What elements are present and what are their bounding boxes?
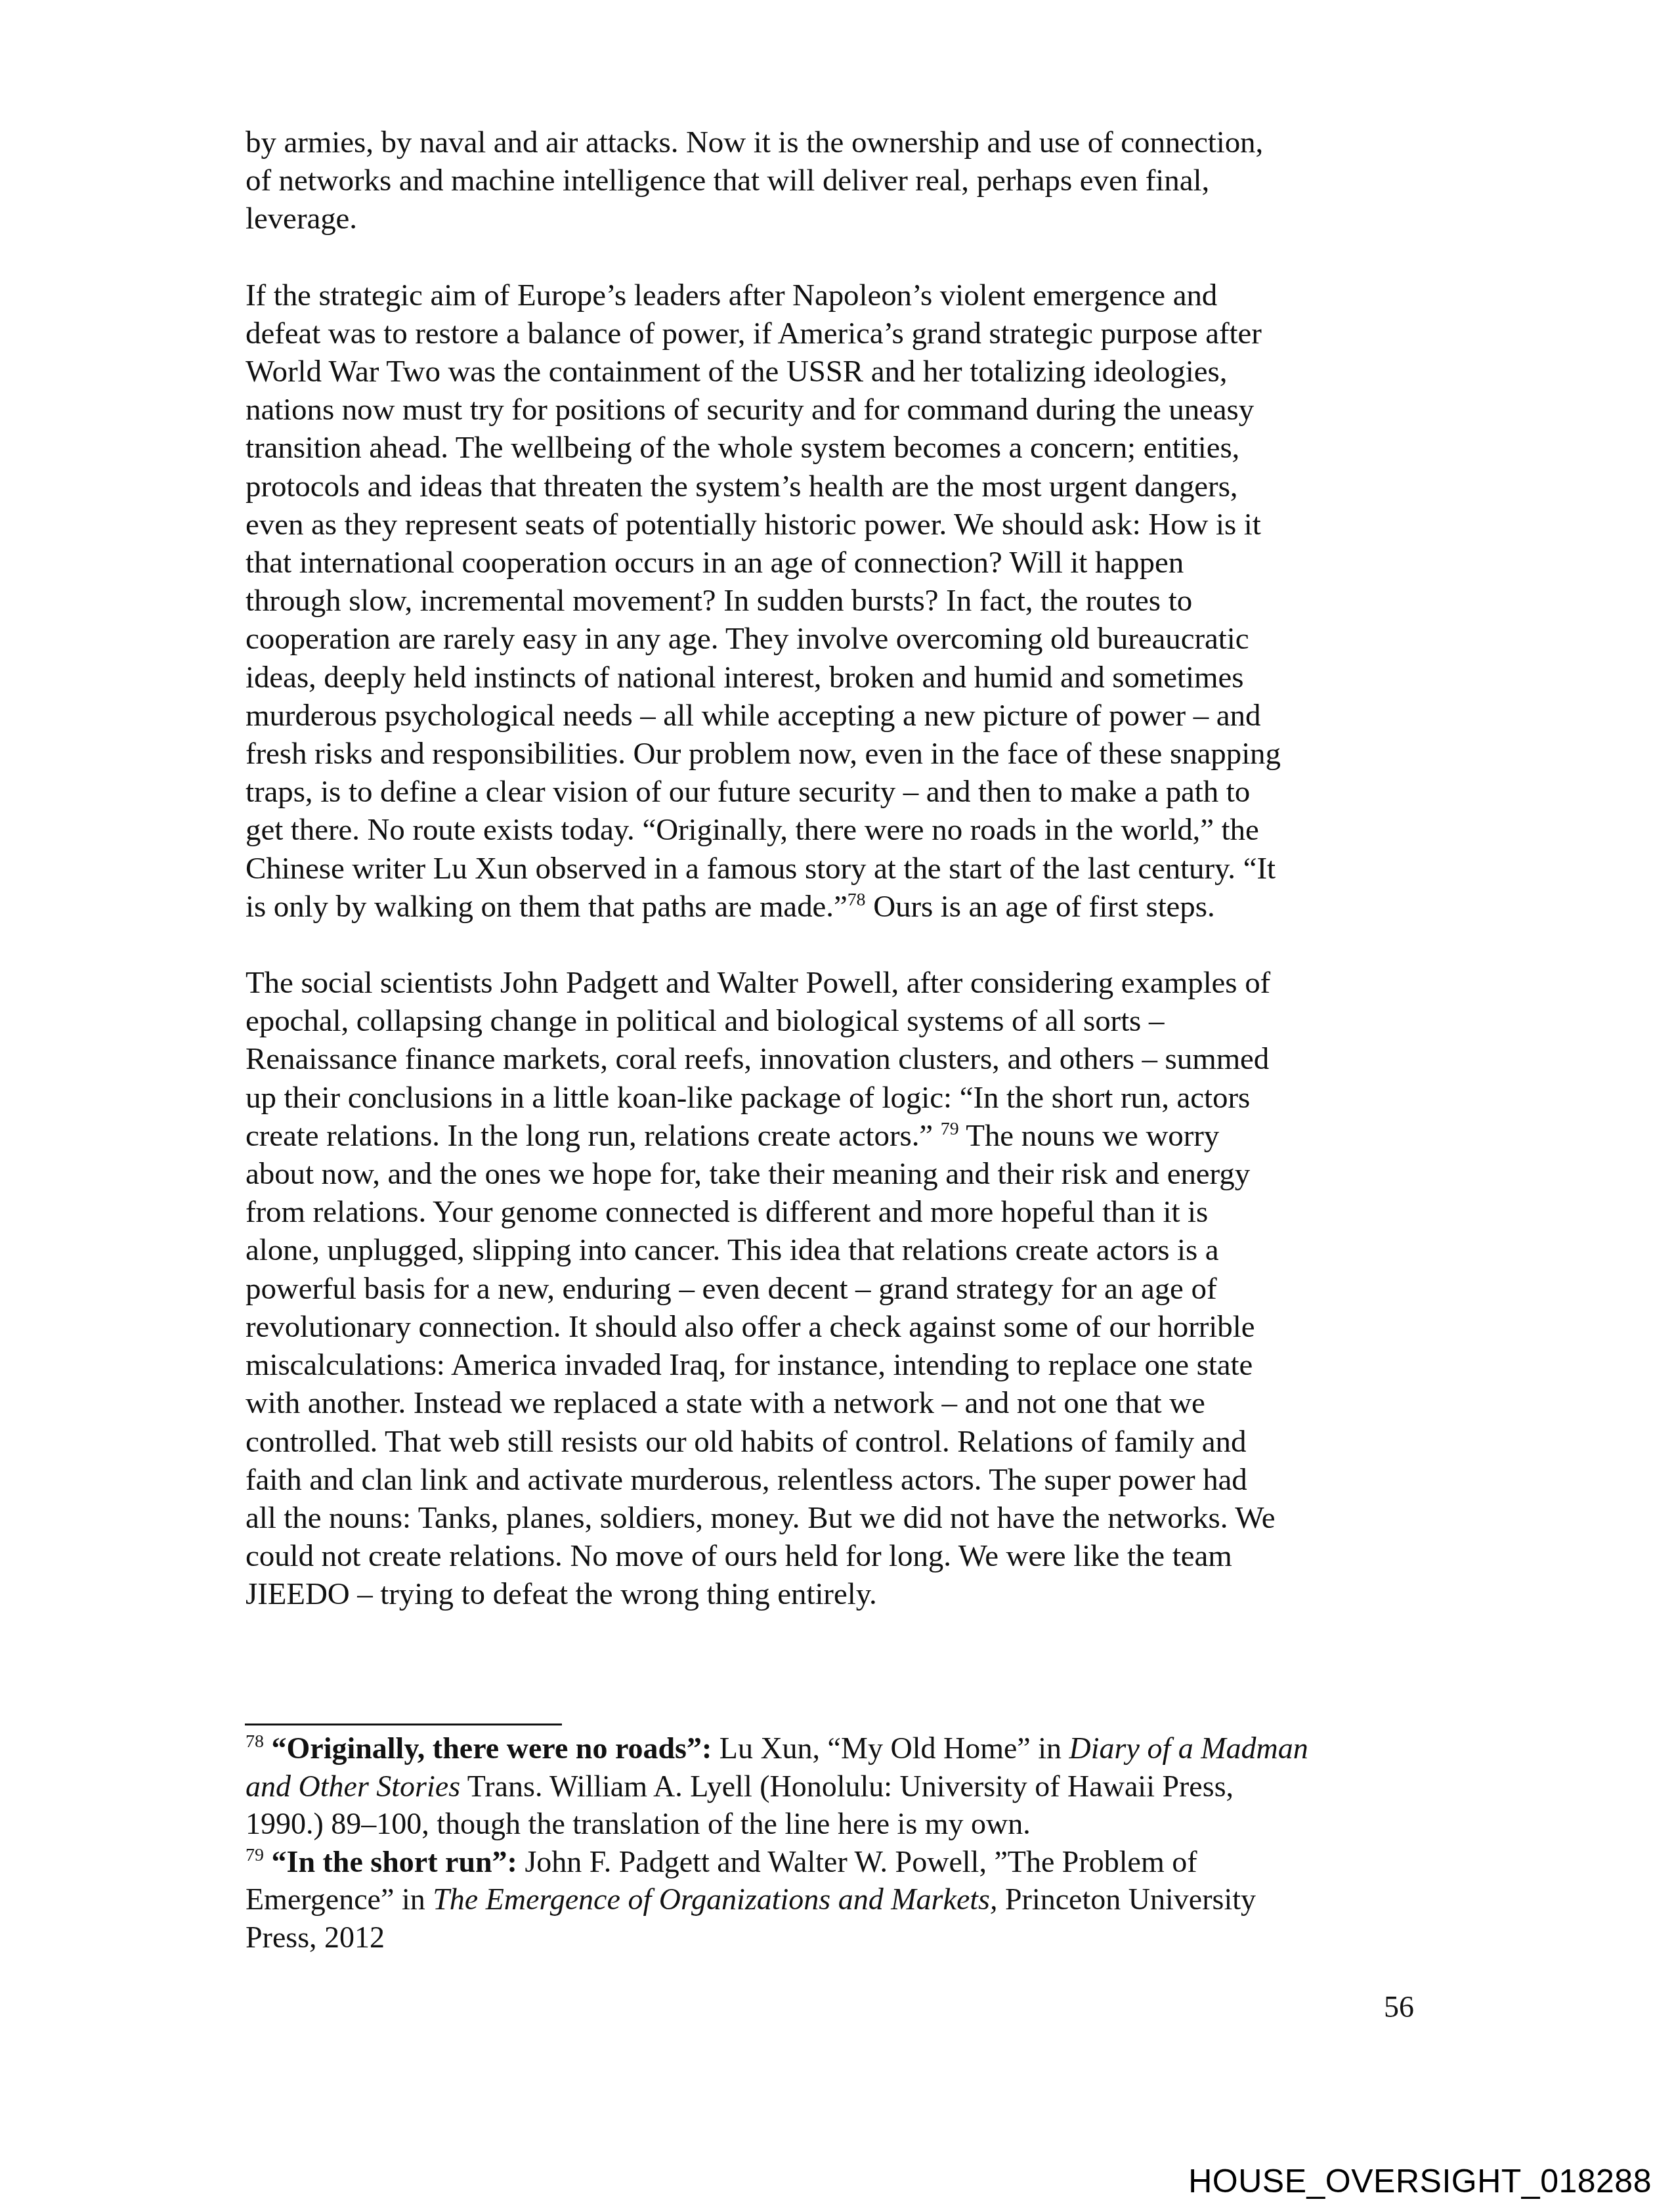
page-number: 56 xyxy=(1384,1988,1414,2026)
text-line: defeat was to restore a balance of power… xyxy=(246,314,1427,353)
footnote-number: 78 xyxy=(246,1731,264,1752)
bates-stamp: HOUSE_OVERSIGHT_018288 xyxy=(1188,2162,1652,2200)
text-line: Emergence” in The Emergence of Organizat… xyxy=(246,1880,1440,1919)
text-line: 78 “Originally, there were no roads”: Lu… xyxy=(246,1729,1440,1767)
body-text: by armies, by naval and air attacks. Now… xyxy=(246,123,1427,1652)
footnote-separator xyxy=(245,1724,562,1725)
text-line: World War Two was the containment of the… xyxy=(246,353,1427,391)
text-line: 79 “In the short run”: John F. Padgett a… xyxy=(246,1843,1440,1881)
text-line: cooperation are rarely easy in any age. … xyxy=(246,620,1427,658)
text-line: protocols and ideas that threaten the sy… xyxy=(246,467,1427,506)
footnote-ref-78[interactable]: 78 xyxy=(848,890,866,910)
paragraph-3: The social scientists John Padgett and W… xyxy=(246,964,1427,1613)
text-line: revolutionary connection. It should also… xyxy=(246,1308,1427,1346)
text-line: The social scientists John Padgett and W… xyxy=(246,964,1427,1002)
text-line: 1990.) 89–100, though the translation of… xyxy=(246,1805,1440,1843)
text-segment: Ours is an age of first steps. xyxy=(866,890,1215,924)
text-line: nations now must try for positions of se… xyxy=(246,391,1427,429)
book-title: and Other Stories xyxy=(246,1769,460,1803)
text-line: ideas, deeply held instincts of national… xyxy=(246,659,1427,697)
text-line: leverage. xyxy=(246,200,1427,238)
text-line: JIEEDO – trying to defeat the wrong thin… xyxy=(246,1575,1427,1613)
footnote-number: 79 xyxy=(246,1845,264,1865)
text-line: transition ahead. The wellbeing of the w… xyxy=(246,429,1427,467)
text-line: through slow, incremental movement? In s… xyxy=(246,582,1427,620)
text-segment: Trans. William A. Lyell (Honolulu: Unive… xyxy=(460,1769,1234,1803)
text-segment: create relations. In the long run, relat… xyxy=(246,1119,941,1153)
text-line: fresh risks and responsibilities. Our pr… xyxy=(246,735,1427,773)
footnote-78: 78 “Originally, there were no roads”: Lu… xyxy=(246,1729,1440,1843)
text-segment: John F. Padgett and Walter W. Powell, ”T… xyxy=(517,1845,1197,1878)
paragraph-2: If the strategic aim of Europe’s leaders… xyxy=(246,276,1427,926)
text-line: is only by walking on them that paths ar… xyxy=(246,888,1427,926)
footnotes: 78 “Originally, there were no roads”: Lu… xyxy=(246,1729,1440,1956)
text-line: by armies, by naval and air attacks. Now… xyxy=(246,123,1427,162)
text-line: create relations. In the long run, relat… xyxy=(246,1117,1427,1155)
text-segment: Princeton University xyxy=(998,1882,1256,1916)
text-line: even as they represent seats of potentia… xyxy=(246,506,1427,544)
book-title: The Emergence of Organizations and Marke… xyxy=(433,1882,997,1916)
text-line: that international cooperation occurs in… xyxy=(246,544,1427,582)
text-line: controlled. That web still resists our o… xyxy=(246,1423,1427,1461)
text-line: up their conclusions in a little koan-li… xyxy=(246,1079,1427,1117)
text-line: with another. Instead we replaced a stat… xyxy=(246,1384,1427,1422)
paragraph-1: by armies, by naval and air attacks. Now… xyxy=(246,123,1427,238)
text-line: Chinese writer Lu Xun observed in a famo… xyxy=(246,850,1427,888)
footnote-lead: “Originally, there were no roads”: xyxy=(272,1731,712,1765)
footnote-ref-79[interactable]: 79 xyxy=(941,1119,959,1139)
text-line: and Other Stories Trans. William A. Lyel… xyxy=(246,1767,1440,1806)
text-line: Press, 2012 xyxy=(246,1919,1440,1957)
footnote-79: 79 “In the short run”: John F. Padgett a… xyxy=(246,1843,1440,1957)
document-page: by armies, by naval and air attacks. Now… xyxy=(0,0,1674,2212)
book-title: Diary of a Madman xyxy=(1069,1731,1308,1765)
text-line: from relations. Your genome connected is… xyxy=(246,1193,1427,1231)
text-line: of networks and machine intelligence tha… xyxy=(246,162,1427,200)
text-line: all the nouns: Tanks, planes, soldiers, … xyxy=(246,1499,1427,1537)
text-line: alone, unplugged, slipping into cancer. … xyxy=(246,1231,1427,1269)
footnote-lead: “In the short run”: xyxy=(272,1845,517,1878)
text-line: get there. No route exists today. “Origi… xyxy=(246,811,1427,849)
text-line: could not create relations. No move of o… xyxy=(246,1537,1427,1575)
text-line: murderous psychological needs – all whil… xyxy=(246,697,1427,735)
text-segment: Lu Xun, “My Old Home” in xyxy=(712,1731,1069,1765)
text-line: epochal, collapsing change in political … xyxy=(246,1002,1427,1040)
text-segment: The nouns we worry xyxy=(959,1119,1220,1153)
text-segment: is only by walking on them that paths ar… xyxy=(246,890,848,924)
text-line: miscalculations: America invaded Iraq, f… xyxy=(246,1346,1427,1384)
text-line: Renaissance finance markets, coral reefs… xyxy=(246,1040,1427,1078)
text-segment: Emergence” in xyxy=(246,1882,433,1916)
text-line: faith and clan link and activate murdero… xyxy=(246,1461,1427,1499)
text-line: powerful basis for a new, enduring – eve… xyxy=(246,1270,1427,1308)
text-line: traps, is to define a clear vision of ou… xyxy=(246,773,1427,811)
text-line: If the strategic aim of Europe’s leaders… xyxy=(246,276,1427,314)
text-line: about now, and the ones we hope for, tak… xyxy=(246,1155,1427,1193)
